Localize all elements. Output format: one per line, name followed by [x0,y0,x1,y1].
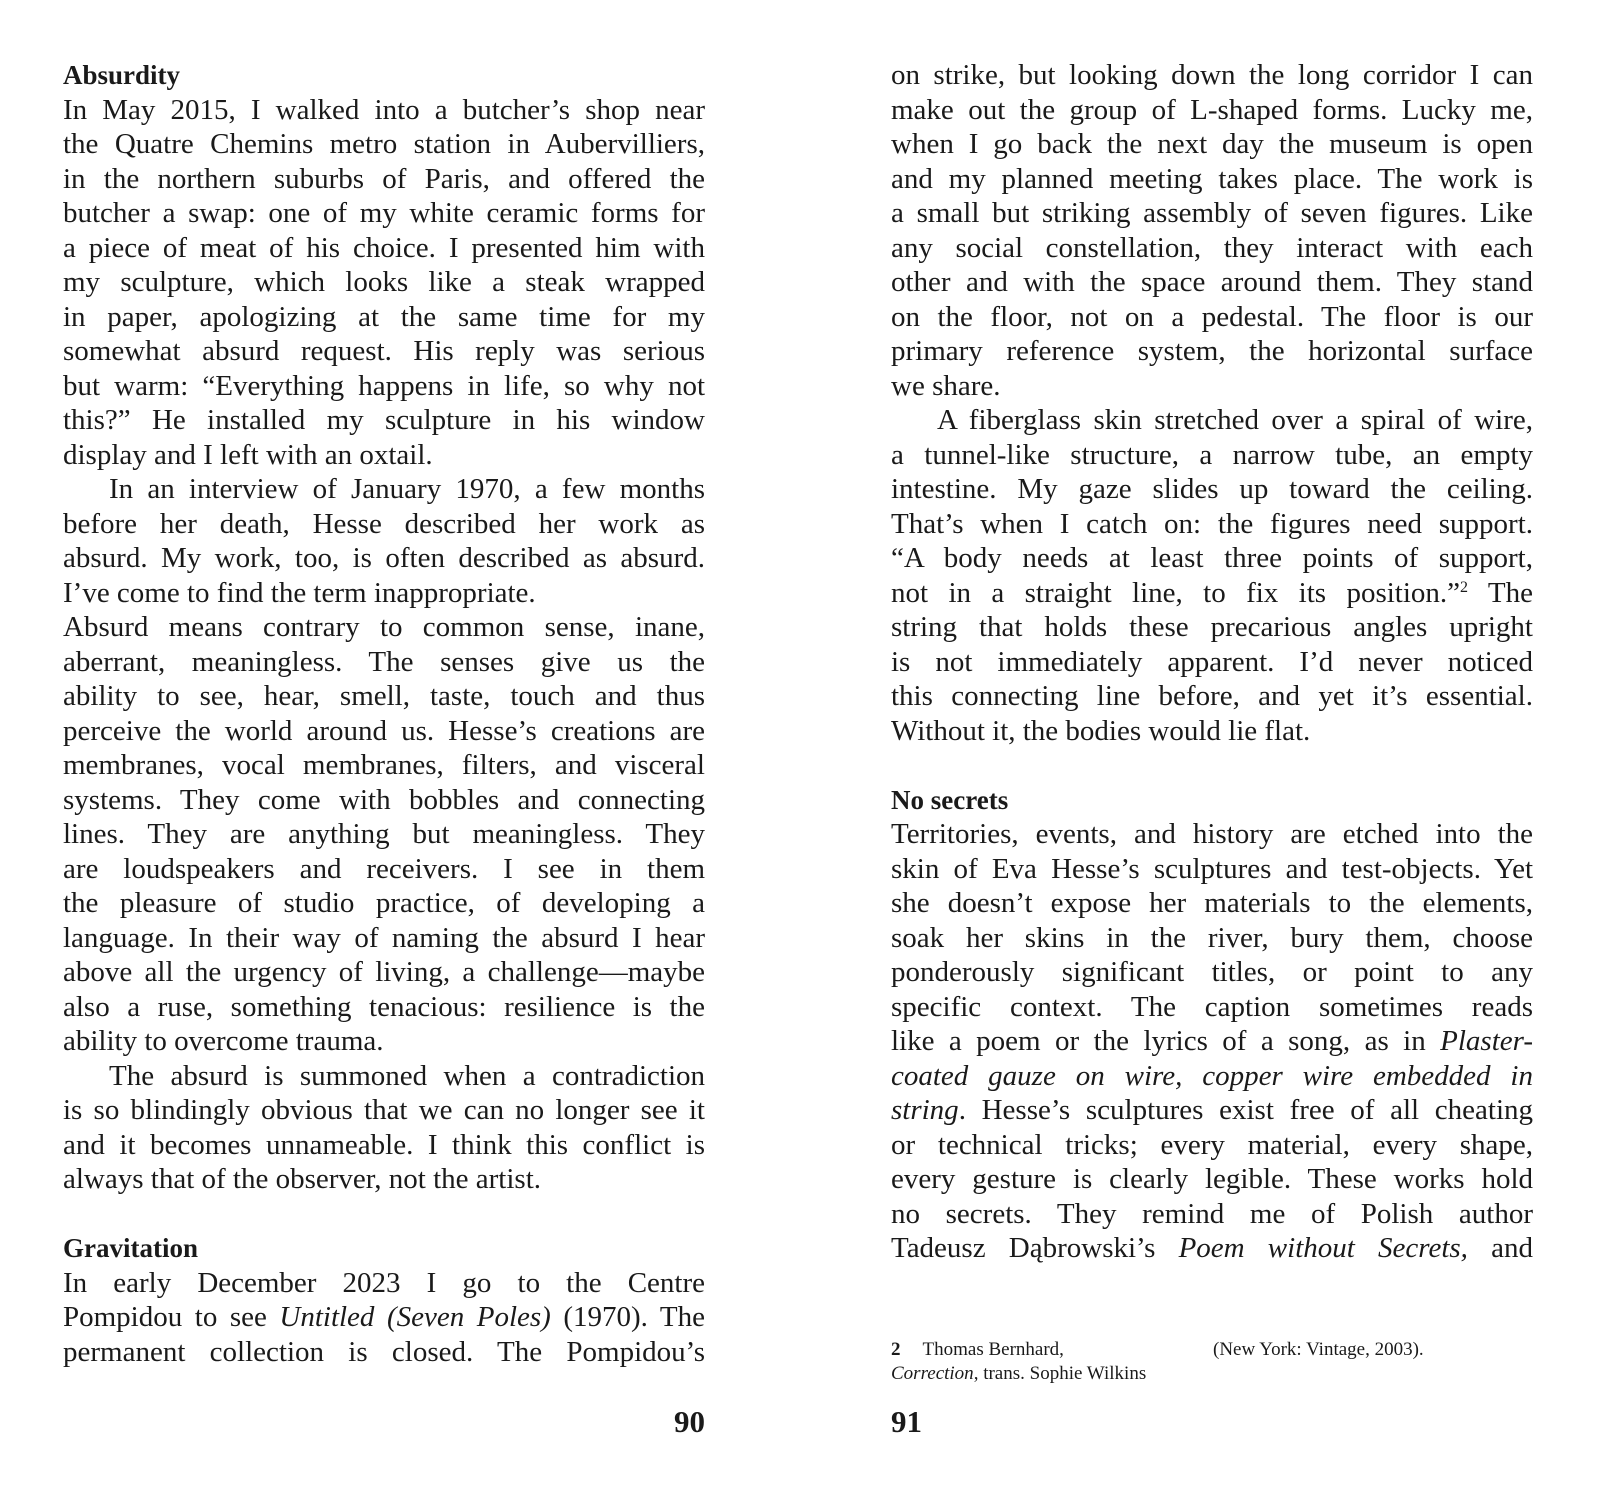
body-line: and my planned meeting takes place. The … [891,162,1533,197]
body-line: in paper, apologizing at the same time f… [63,300,705,335]
body-line: she doesn’t expose her materials to the … [891,886,1533,921]
body-line: systems. They come with bobbles and conn… [63,783,705,818]
footnote-title: Correction [891,1363,974,1384]
body-line: the Quatre Chemins metro station in Aube… [63,127,705,162]
body-line: lines. They are anything but meaningless… [63,817,705,852]
body-line: A fiberglass skin stretched over a spira… [891,403,1533,438]
body-line: a tunnel-like structure, a narrow tube, … [891,438,1533,473]
section-gap [63,1197,705,1232]
body-line: the pleasure of studio practice, of deve… [63,886,705,921]
artwork-title: Untitled (Seven Poles) [279,1301,550,1333]
footnote-translator: , trans. Sophie Wilkins [974,1363,1147,1384]
left-page: Absurdity In May 2015, I walked into a b… [0,0,803,1496]
body-line: Pompidou to see Untitled (Seven Poles) (… [63,1300,705,1335]
body-line: ability to overcome trauma. [63,1024,705,1059]
body-line: permanent collection is closed. The Pomp… [63,1335,705,1370]
page-number: 90 [674,1404,705,1440]
right-column: on strike, but looking down the long cor… [891,58,1533,1266]
body-line: no secrets. They remind me of Polish aut… [891,1197,1533,1232]
text-run: and [1468,1232,1533,1264]
body-line: absurd. My work, too, is often described… [63,541,705,576]
body-line: perceive the world around us. Hesse’s cr… [63,714,705,749]
body-line: specific context. The caption sometimes … [891,990,1533,1025]
body-line: Territories, events, and history are etc… [891,817,1533,852]
artwork-caption: Plaster- [1440,1025,1533,1057]
body-line: this connecting line before, and yet it’… [891,679,1533,714]
text-run: (1970). The [551,1301,705,1333]
body-line: string. Hesse’s sculptures exist free of… [891,1093,1533,1128]
body-line: other and with the space around them. Th… [891,265,1533,300]
body-line: That’s when I catch on: the figures need… [891,507,1533,542]
body-line: like a poem or the lyrics of a song, as … [891,1024,1533,1059]
body-line: Tadeusz Dąbrowski’s Poem without Secrets… [891,1231,1533,1266]
body-line: ponderously significant titles, or point… [891,955,1533,990]
text-run: like a poem or the lyrics of a song, as … [891,1025,1440,1057]
section-gap [891,748,1533,783]
body-line: aberrant, meaningless. The senses give u… [63,645,705,680]
footnote-publication: (New York: Vintage, 2003). [1213,1338,1424,1362]
body-line: soak her skins in the river, bury them, … [891,921,1533,956]
body-line: before her death, Hesse described her wo… [63,507,705,542]
body-line: The absurd is summoned when a contradict… [63,1059,705,1094]
artwork-caption: string [891,1094,959,1126]
section-heading-gravitation: Gravitation [63,1231,705,1266]
body-line: primary reference system, the horizontal… [891,334,1533,369]
right-page: on strike, but looking down the long cor… [803,0,1606,1496]
body-line: somewhat absurd request. His reply was s… [63,334,705,369]
body-line: and it becomes unnameable. I think this … [63,1128,705,1163]
footnote: 2Thomas Bernhard, Correction, trans. Sop… [891,1338,1491,1386]
footnote-reference[interactable]: 2 [1460,579,1468,596]
body-line: In an interview of January 1970, a few m… [63,472,705,507]
body-line: this?” He installed my sculpture in his … [63,403,705,438]
body-line: my sculpture, which looks like a steak w… [63,265,705,300]
body-line: also a ruse, something tenacious: resili… [63,990,705,1025]
body-line: every gesture is clearly legible. These … [891,1162,1533,1197]
body-line: on strike, but looking down the long cor… [891,58,1533,93]
body-line: membranes, vocal membranes, filters, and… [63,748,705,783]
body-line: make out the group of L-shaped forms. Lu… [891,93,1533,128]
page-number: 91 [891,1404,922,1440]
body-line: skin of Eva Hesse’s sculptures and test-… [891,852,1533,887]
section-heading-absurdity: Absurdity [63,58,705,93]
body-line: is not immediately apparent. I’d never n… [891,645,1533,680]
body-line: any social constellation, they interact … [891,231,1533,266]
footnote-author: Thomas Bernhard, [923,1339,1064,1360]
body-line: butcher a swap: one of my white ceramic … [63,196,705,231]
body-line: or technical tricks; every material, eve… [891,1128,1533,1163]
body-line: in the northern suburbs of Paris, and of… [63,162,705,197]
body-line: language. In their way of naming the abs… [63,921,705,956]
text-run: Tadeusz Dąbrowski’s [891,1232,1179,1264]
body-line: intestine. My gaze slides up toward the … [891,472,1533,507]
body-line: ability to see, hear, smell, taste, touc… [63,679,705,714]
body-line: we share. [891,369,1533,404]
body-line: Absurd means contrary to common sense, i… [63,610,705,645]
text-run: The [1468,577,1533,609]
poem-title: Poem without Secrets, [1179,1232,1468,1264]
body-line: I’ve come to find the term inappropriate… [63,576,705,611]
body-line: Without it, the bodies would lie flat. [891,714,1533,749]
footnote-line-2: Correction, trans. Sophie Wilkins [891,1362,1491,1386]
body-line: are loudspeakers and receivers. I see in… [63,852,705,887]
body-line: is so blindingly obvious that we can no … [63,1093,705,1128]
body-line: on the floor, not on a pedestal. The flo… [891,300,1533,335]
body-line: string that holds these precarious angle… [891,610,1533,645]
body-line: “A body needs at least three points of s… [891,541,1533,576]
body-line: but warm: “Everything happens in life, s… [63,369,705,404]
text-run: . Hesse’s sculptures exist free of all c… [959,1094,1533,1126]
text-run: not in a straight line, to fix its posit… [891,577,1460,609]
body-line: when I go back the next day the museum i… [891,127,1533,162]
body-line: above all the urgency of living, a chall… [63,955,705,990]
body-line: coated gauze on wire, copper wire embedd… [891,1059,1533,1094]
left-column: Absurdity In May 2015, I walked into a b… [63,58,705,1369]
body-line: a piece of meat of his choice. I present… [63,231,705,266]
body-line: In May 2015, I walked into a butcher’s s… [63,93,705,128]
body-line: display and I left with an oxtail. [63,438,705,473]
body-line: always that of the observer, not the art… [63,1162,705,1197]
body-line: In early December 2023 I go to the Centr… [63,1266,705,1301]
text-run: Pompidou to see [63,1301,279,1333]
section-heading-no-secrets: No secrets [891,783,1533,818]
body-line: not in a straight line, to fix its posit… [891,576,1533,611]
body-line: a small but striking assembly of seven f… [891,196,1533,231]
footnote-number: 2 [891,1339,901,1360]
